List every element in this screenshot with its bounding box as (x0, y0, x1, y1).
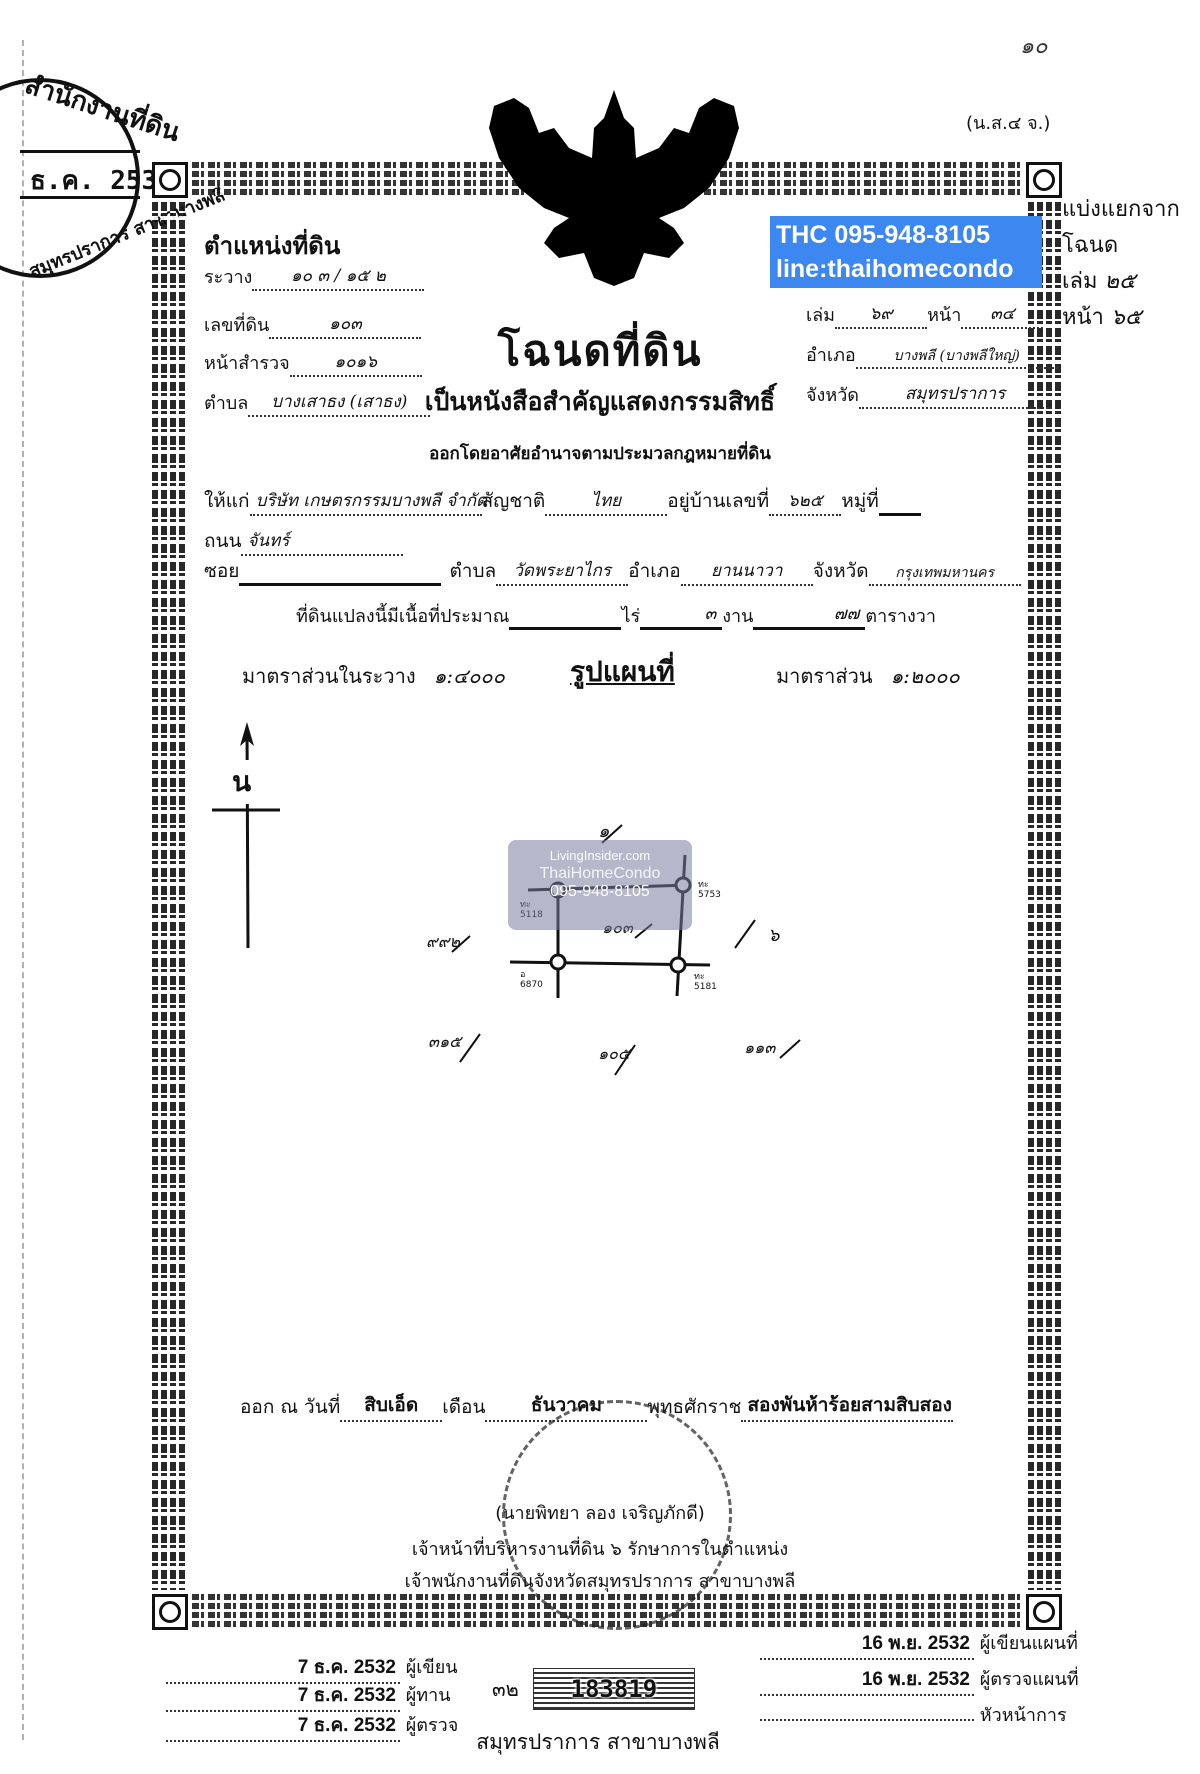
watermark-line-id: line:thaihomecondo (776, 252, 1036, 286)
corner-ornament-icon (152, 1594, 188, 1630)
signature-role: หัวหน้าการ (980, 1705, 1067, 1726)
paper-edge (22, 40, 26, 1740)
land-location-heading: ตำแหน่งที่ดิน (204, 226, 340, 265)
officer-position: เจ้าหน้าที่บริหารงานที่ดิน ๖ รักษาการในต… (0, 1534, 1200, 1563)
corner-ornament-icon (1026, 162, 1062, 198)
nationality-value: ไทย (545, 487, 667, 516)
north-arrow-icon (212, 720, 282, 950)
watermark-name: ThaiHomeCondo (508, 865, 692, 883)
signature-map-checker: 16 พ.ย. 2532 ผู้ตรวจแผนที่ (760, 1664, 1079, 1696)
neighbor-south-west: ๓๑๕ (428, 1030, 461, 1055)
branch-name: สมุทรปราการ สาขาบางพลี (0, 1726, 1198, 1759)
tambon-label: ตำบล (449, 556, 496, 586)
neighbor-west: ๙๙๒ (426, 930, 460, 955)
signature-map-writer: 16 พ.ย. 2532 ผู้เขียนแผนที่ (760, 1628, 1078, 1660)
area-wa-label: ตารางวา (865, 601, 936, 630)
corner-ornament-icon (152, 162, 188, 198)
marker-label: อ6870 (520, 970, 543, 990)
road-value: จันทร์ (241, 527, 403, 556)
signature-role: ผู้เขียนแผนที่ (980, 1633, 1078, 1654)
amphoe-label: อำเภอ (628, 556, 681, 586)
area-rai-label: ไร่ (621, 601, 640, 630)
owner-value: บริษัท เกษตรกรรมบางพลี จำกัด (250, 487, 482, 516)
watermark-phone: THC 095-948-8105 (776, 218, 1036, 252)
area-wa-value: ๗๗ (753, 600, 865, 630)
officer-office: เจ้าพนักงานที่ดินจังหวัดสมุทรปราการ สาขา… (0, 1566, 1200, 1595)
split-note-title: แบ่งแยกจากโฉนด (1062, 192, 1200, 264)
signature-role: ผู้ตรวจแผนที่ (980, 1669, 1079, 1690)
issue-month-label: เดือน (442, 1392, 485, 1422)
form-code: (น.ส.๔ จ.) (966, 108, 1050, 137)
moo-label: หมู่ที่ (841, 486, 879, 516)
amphoe-value: ยานนาวา (681, 557, 813, 586)
signature-date: 16 พ.ย. 2532 (760, 1664, 974, 1696)
area-row: ที่ดินแปลงนี้มีเนื้อที่ประมาณ ไร่ ๓ งาน … (296, 600, 936, 630)
field-value: ๑๐ ๓ / ๑๕ ๒ (252, 262, 424, 291)
signature-date: 16 พ.ย. 2532 (760, 1628, 974, 1660)
tambon-value: วัดพระยาไกร (496, 557, 628, 586)
map-scale-value: ๑:๒๐๐๐ (890, 660, 959, 692)
issue-prefix: ออก ณ วันที่ (240, 1392, 340, 1422)
owner-label: ให้แก่ (204, 486, 250, 516)
owner-row: ให้แก่ บริษัท เกษตรกรรมบางพลี จำกัด สัญช… (204, 486, 921, 516)
signature-date (760, 1719, 974, 1721)
stamp-band (20, 150, 140, 153)
field-label: ระวาง (204, 262, 252, 291)
issue-year: สองพันห้าร้อยสามสิบสอง (741, 1390, 953, 1422)
sheet-scale-label: มาตราส่วนในระวาง (242, 660, 416, 692)
serial-value: 183819 (533, 1668, 695, 1710)
map-scale-label: มาตราส่วน (776, 660, 872, 692)
corner-ornament-icon (1026, 1594, 1062, 1630)
soi-label: ซอย (204, 556, 239, 586)
officer-name: (นายพิทยา ลอง เจริญภักดี) (0, 1498, 1200, 1527)
house-no-label: อยู่บ้านเลขที่ (667, 486, 769, 516)
area-label: ที่ดินแปลงนี้มีเนื้อที่ประมาณ (296, 601, 509, 630)
province-value: กรุงเทพมหานคร (869, 562, 1021, 586)
living-insider-watermark: LivingInsider.com ThaiHomeCondo 095-948-… (508, 840, 692, 930)
document-legal-basis: ออกโดยอาศัยอำนาจตามประมวลกฎหมายที่ดิน (0, 440, 1200, 467)
area-ngan-value: ๓ (640, 600, 722, 630)
map-scale: มาตราส่วน ๑:๒๐๐๐ (776, 660, 960, 692)
area-ngan-label: งาน (722, 601, 753, 630)
document-title: โฉนดที่ดิน (0, 318, 1200, 384)
area-rai-value (509, 627, 621, 630)
nationality-label: สัญชาติ (482, 486, 546, 516)
marker-label: ทะ5753 (698, 880, 721, 900)
signature-role: ผู้ทาน (406, 1685, 451, 1706)
serial-number: ๓๒ 183819 (492, 1668, 695, 1710)
soi-value (239, 583, 441, 586)
split-from-deed-note: แบ่งแยกจากโฉนด เล่ม ๒๕ หน้า ๖๕ (1062, 192, 1200, 336)
watermark-phone: 095-948-8105 (508, 883, 692, 901)
sheet-scale-value: ๑:๔๐๐๐ (434, 660, 505, 692)
signature-reviewer: 7 ธ.ค. 2532 ผู้ทาน (166, 1680, 451, 1712)
serial-prefix: ๓๒ (492, 1673, 519, 1705)
sheet-scale: มาตราส่วนในระวาง ๑:๔๐๐๐ (242, 660, 505, 692)
split-note-book-label: เล่ม (1062, 269, 1098, 294)
signature-role: ผู้เขียน (406, 1657, 458, 1678)
neighbor-south-east: ๑๑๓ (744, 1036, 775, 1061)
corner-handwriting: ๑๐ (1020, 28, 1047, 63)
contact-watermark: THC 095-948-8105 line:thaihomecondo (770, 216, 1042, 288)
signature-date: 7 ธ.ค. 2532 (166, 1680, 400, 1712)
neighbor-east: ๖ (768, 920, 779, 949)
map-title: รูปแผนที่ (570, 650, 675, 694)
split-note-book-value: ๒๕ (1105, 269, 1136, 294)
watermark-brand: LivingInsider.com (508, 848, 692, 863)
province-label: จังหวัด (813, 556, 869, 586)
house-no-value: ๖๒๕ (769, 487, 841, 516)
issue-day: สิบเอ็ด (340, 1390, 442, 1422)
road-label: ถนน (204, 526, 241, 556)
field-sheet: ระวาง ๑๐ ๓ / ๑๕ ๒ (204, 262, 424, 291)
garuda-emblem-icon (484, 88, 744, 288)
moo-value (879, 513, 921, 516)
soi-row: ซอย ตำบล วัดพระยาไกร อำเภอ ยานนาวา จังหว… (204, 556, 1021, 586)
neighbor-south: ๑๐๕ (598, 1042, 630, 1067)
signature-chief: หัวหน้าการ (760, 1700, 1067, 1729)
document-subtitle: เป็นหนังสือสำคัญแสดงกรรมสิทธิ์ (0, 382, 1200, 422)
marker-label: ทะ5181 (694, 972, 717, 992)
north-label: น (232, 760, 251, 804)
road-row: ถนน จันทร์ (204, 526, 403, 556)
